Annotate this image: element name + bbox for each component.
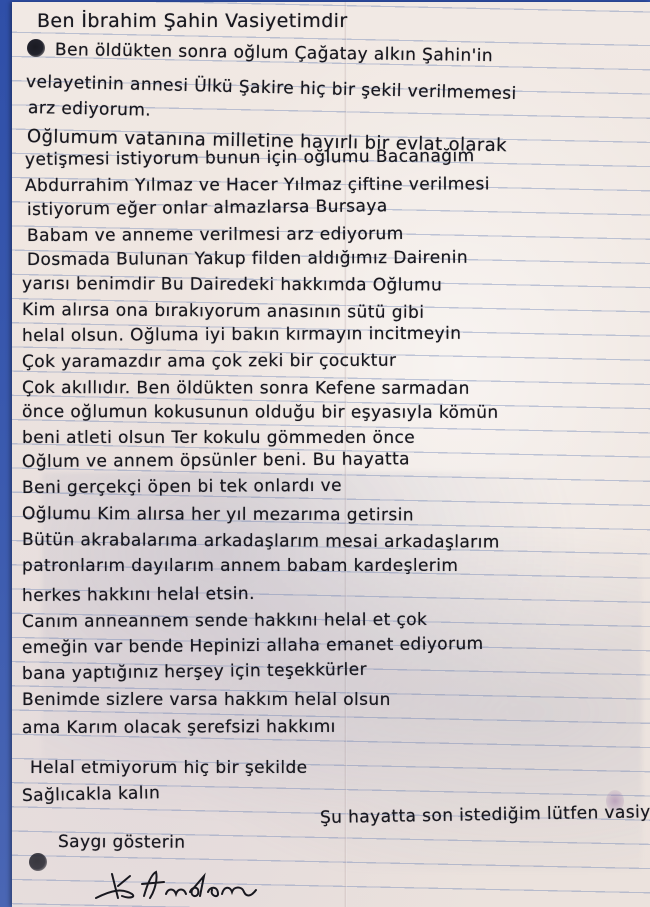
letter-line: istiyorum eğer onlar almazlarsa Bursaya xyxy=(27,196,388,220)
letter-line: Oğlum ve annem öpsünler beni. Bu hayatta xyxy=(22,449,410,472)
letter-line: Ben öldükten sonra oğlum Çağatay alkın Ş… xyxy=(55,40,493,66)
handwritten-letter: Ben İbrahim Şahin Vasiyetimdir Ben öldük… xyxy=(0,0,650,907)
letter-line: önce oğlumun kokusunun olduğu bir eşyası… xyxy=(22,402,499,423)
letter-line: Dosmada Bulunan Yakup filden aldığımız D… xyxy=(27,248,468,270)
letter-line: arz ediyorum. xyxy=(28,98,152,121)
letter-line: Babam ve anneme verilmesi arz ediyorum xyxy=(27,224,404,246)
letter-line: Çok yaramazdır ama çok zeki bir çocuktur xyxy=(22,351,396,372)
letter-line: Çok akıllıdır. Ben öldükten sonra Kefene… xyxy=(22,378,470,399)
letter-line: Beni gerçekçi öpen bi tek onlardı ve xyxy=(22,476,342,498)
letter-line: helal olsun. Oğluma iyi bakın kırmayın i… xyxy=(22,324,461,346)
signature-icon xyxy=(92,868,262,902)
letter-line: Bütün akrabalarıma arkadaşlarım mesai ar… xyxy=(22,530,500,553)
letter-line: yetişmesi istiyorum bunun için oğlumu Ba… xyxy=(25,146,475,170)
letter-line: Helal etmiyorum hiç bir şekilde xyxy=(30,758,308,778)
letter-line: Kim alırsa ona bırakıyorum anasının sütü… xyxy=(22,300,425,323)
letter-line: bana yaptığınız herşey için teşekkürler xyxy=(22,660,367,684)
letter-line: Oğlumu Kim alırsa her yıl mezarıma getir… xyxy=(22,504,414,525)
letter-line: emeğin var bende Hepinizi allaha emanet … xyxy=(22,634,484,658)
letter-line: Sağlıcakla kalın xyxy=(22,783,161,806)
letter-line: Saygı gösterin xyxy=(58,832,186,853)
letter-heading: Ben İbrahim Şahin Vasiyetimdir xyxy=(37,10,348,32)
letter-line: yarısı benimdir Bu Dairedeki hakkımda Oğ… xyxy=(22,274,442,295)
letter-line: beni atleti olsun Ter kokulu gömmeden ön… xyxy=(22,428,415,448)
letter-line: herkes hakkını helal etsin. xyxy=(22,584,255,606)
letter-line: Şu hayatta son istediğim lütfen vasiyeti… xyxy=(320,801,650,828)
letter-line: Benimde sizlere varsa hakkım helal olsun xyxy=(22,690,391,710)
letter-line: ama Karım olacak şerefsizi hakkımı xyxy=(22,717,336,738)
letter-line: patronlarım dayılarım annem babam kardeş… xyxy=(22,556,458,576)
letter-line: Canım anneannem sende hakkını helal et ç… xyxy=(22,610,427,632)
letter-line: Abdurrahim Yılmaz ve Hacer Yılmaz çiftin… xyxy=(25,174,490,196)
